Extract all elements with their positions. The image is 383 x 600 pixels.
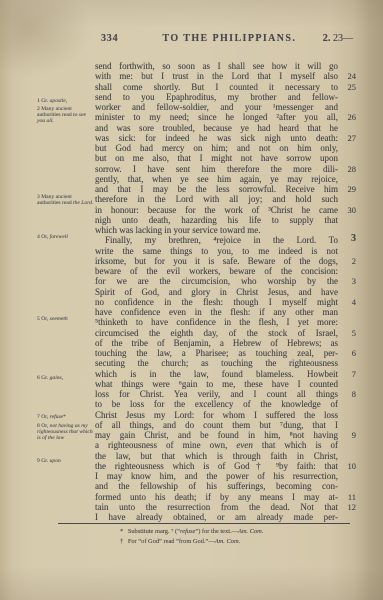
text-line: beware of the evil workers, beware of th… xyxy=(95,266,338,276)
text-line: nigh unto death, hazarding his life to s… xyxy=(95,215,338,225)
text-line: circumcised the eighth day, of the stock… xyxy=(95,328,338,338)
text-line: therefore in the Lord with all joy; and … xyxy=(95,194,338,204)
verse-number: 26 xyxy=(339,112,356,122)
text-line: what things were ⁶gain to me, these have… xyxy=(95,379,338,389)
text-line: with me: but I trust in the Lord that I … xyxy=(95,71,338,81)
text-line: send forthwith, so soon as I shall see h… xyxy=(95,61,338,71)
verse-number: 12 xyxy=(339,502,356,512)
text-column: send forthwith, so soon as I shall see h… xyxy=(95,61,338,522)
text-line: the righteousness which is of God† ⁹by f… xyxy=(95,461,338,471)
verse-number: 2 xyxy=(339,256,356,266)
verse-number: 9 xyxy=(339,430,356,440)
footnote: * Substitute marg. ⁷ (“refuse”) for the … xyxy=(120,527,360,537)
text-line: shall come shortly. But I counted it nec… xyxy=(95,82,338,92)
verse-number: 10 xyxy=(339,461,356,471)
verse-number: 29 xyxy=(339,184,356,194)
text-line: of all things, and do count them but ⁷du… xyxy=(95,420,338,430)
text-line: in honour: because for the work of ³Chri… xyxy=(95,205,338,215)
footnote-marker: * xyxy=(120,527,123,537)
margin-note: 4 Or, farewell xyxy=(37,234,94,240)
text-line: irksome, but for you it is safe. Beware … xyxy=(95,256,338,266)
text-line: Spirit of God, and glory in Christ Jesus… xyxy=(95,287,338,297)
margin-note: 7 Or, refuse* xyxy=(37,414,94,420)
footnotes: * Substitute marg. ⁷ (“refuse”) for the … xyxy=(120,527,360,546)
text-line: and that I may be the less sorrowful. Re… xyxy=(95,184,338,194)
text-line: may gain Christ, and be found in him, ⁸n… xyxy=(95,430,338,440)
text-line: which was lacking in your service toward… xyxy=(95,225,338,235)
verse-number: 3 xyxy=(339,234,356,244)
footnote-marker: † xyxy=(120,537,123,547)
verse-number: 30 xyxy=(339,205,356,215)
page-number: 334 xyxy=(101,33,118,44)
footnote-rule xyxy=(58,523,350,524)
text-line: to be loss for the excellency of the kno… xyxy=(95,399,338,409)
text-line: loss for Christ. Yea verily, and I count… xyxy=(95,389,338,399)
verse-number: 11 xyxy=(339,492,356,502)
text-line: which is in the law, found blameless. Ho… xyxy=(95,369,338,379)
chapter-ref-number: 2. xyxy=(323,33,331,44)
verse-number: 28 xyxy=(339,164,356,174)
verse-number: 8 xyxy=(339,389,356,399)
text-line: gently, that, when ye see him again, ye … xyxy=(95,174,338,184)
verse-number: 7 xyxy=(339,369,356,379)
margin-note: 5 Or, seemeth xyxy=(37,316,94,322)
line-text: which was lacking in your service toward… xyxy=(95,225,338,235)
verse-number: 6 xyxy=(339,348,356,358)
text-line: and was sore troubled, because ye had he… xyxy=(95,123,338,133)
text-line: sorrow. I have sent him therefore the mo… xyxy=(95,164,338,174)
verse-number: 3 xyxy=(339,276,356,286)
text-line: no confidence in the flesh: though I mys… xyxy=(95,297,338,307)
text-line: a righteousness of mine own, even that w… xyxy=(95,440,338,450)
text-line: formed unto his death; if by any means I… xyxy=(95,492,338,502)
margin-note: 9 Gr. upon xyxy=(37,458,94,464)
text-line: was sick: for indeed he was sick nigh un… xyxy=(95,133,338,143)
verse-number: 25 xyxy=(339,82,356,92)
text-line: write the same things to you, to me inde… xyxy=(95,246,338,256)
running-title: TO THE PHILIPPIANS. xyxy=(162,33,296,44)
text-line: minister to my need; since he longed ²af… xyxy=(95,112,338,122)
text-line: but God had mercy on him; and not on him… xyxy=(95,143,338,153)
margin-note: 2 Many ancient authorities read to see y… xyxy=(37,106,94,125)
text-line: for we are the circumcision, who worship… xyxy=(95,276,338,286)
text-line: and the fellowship of his sufferings, be… xyxy=(95,481,338,491)
text-line: secuting the church; as touching the rig… xyxy=(95,358,338,368)
text-line: touching the law, a Pharisee; as touchin… xyxy=(95,348,338,358)
text-line: I have already obtained, or am already m… xyxy=(95,512,338,522)
footnote-text: For “of God” read “from God.”—Am. Com. xyxy=(128,538,240,545)
text-line: I may know him, and the power of his res… xyxy=(95,471,338,481)
margin-note: 8 Or, not having as my righteousness tha… xyxy=(37,423,94,442)
text-line: the law, but that which is through faith… xyxy=(95,451,338,461)
text-line: worker and fellow-soldier, and your ¹mes… xyxy=(95,102,338,112)
scanned-book-page: 334 TO THE PHILIPPIANS. 2. 23— 1 Gr. apo… xyxy=(0,0,383,600)
verse-number: 4 xyxy=(339,297,356,307)
verse-number: 5 xyxy=(339,328,356,338)
text-line: ⁵thinketh to have confidence in the fles… xyxy=(95,317,338,327)
chapter-verse-ref: 2. 23— xyxy=(323,33,353,44)
margin-note: 3 Many ancient authorities read the Lord… xyxy=(37,194,94,206)
text-line: Christ Jesus my Lord: for whom I suffere… xyxy=(95,410,338,420)
text-line: tain unto the resurrection from the dead… xyxy=(95,502,338,512)
text-line: but on me also, that I might not have so… xyxy=(95,153,338,163)
margin-note: 6 Gr. gains, xyxy=(37,375,94,381)
verse-number: 27 xyxy=(339,133,356,143)
chapter-ref-verse: 23— xyxy=(331,33,354,44)
text-line: of the tribe of Benjamin, a Hebrew of He… xyxy=(95,338,338,348)
text-line: have confidence even in the flesh: if an… xyxy=(95,307,338,317)
footnote-text: Substitute marg. ⁷ (“refuse”) for the te… xyxy=(128,528,264,535)
footnote: † For “of God” read “from God.”—Am. Com. xyxy=(120,537,360,547)
verse-number: 24 xyxy=(339,71,356,81)
text-line: send to you Epaphroditus, my brother and… xyxy=(95,92,338,102)
page-header: 334 TO THE PHILIPPIANS. 2. 23— xyxy=(95,33,353,46)
margin-note: 1 Gr. apostle, xyxy=(37,98,94,104)
text-line: Finally, my brethren, ⁴rejoice in the Lo… xyxy=(95,235,338,245)
